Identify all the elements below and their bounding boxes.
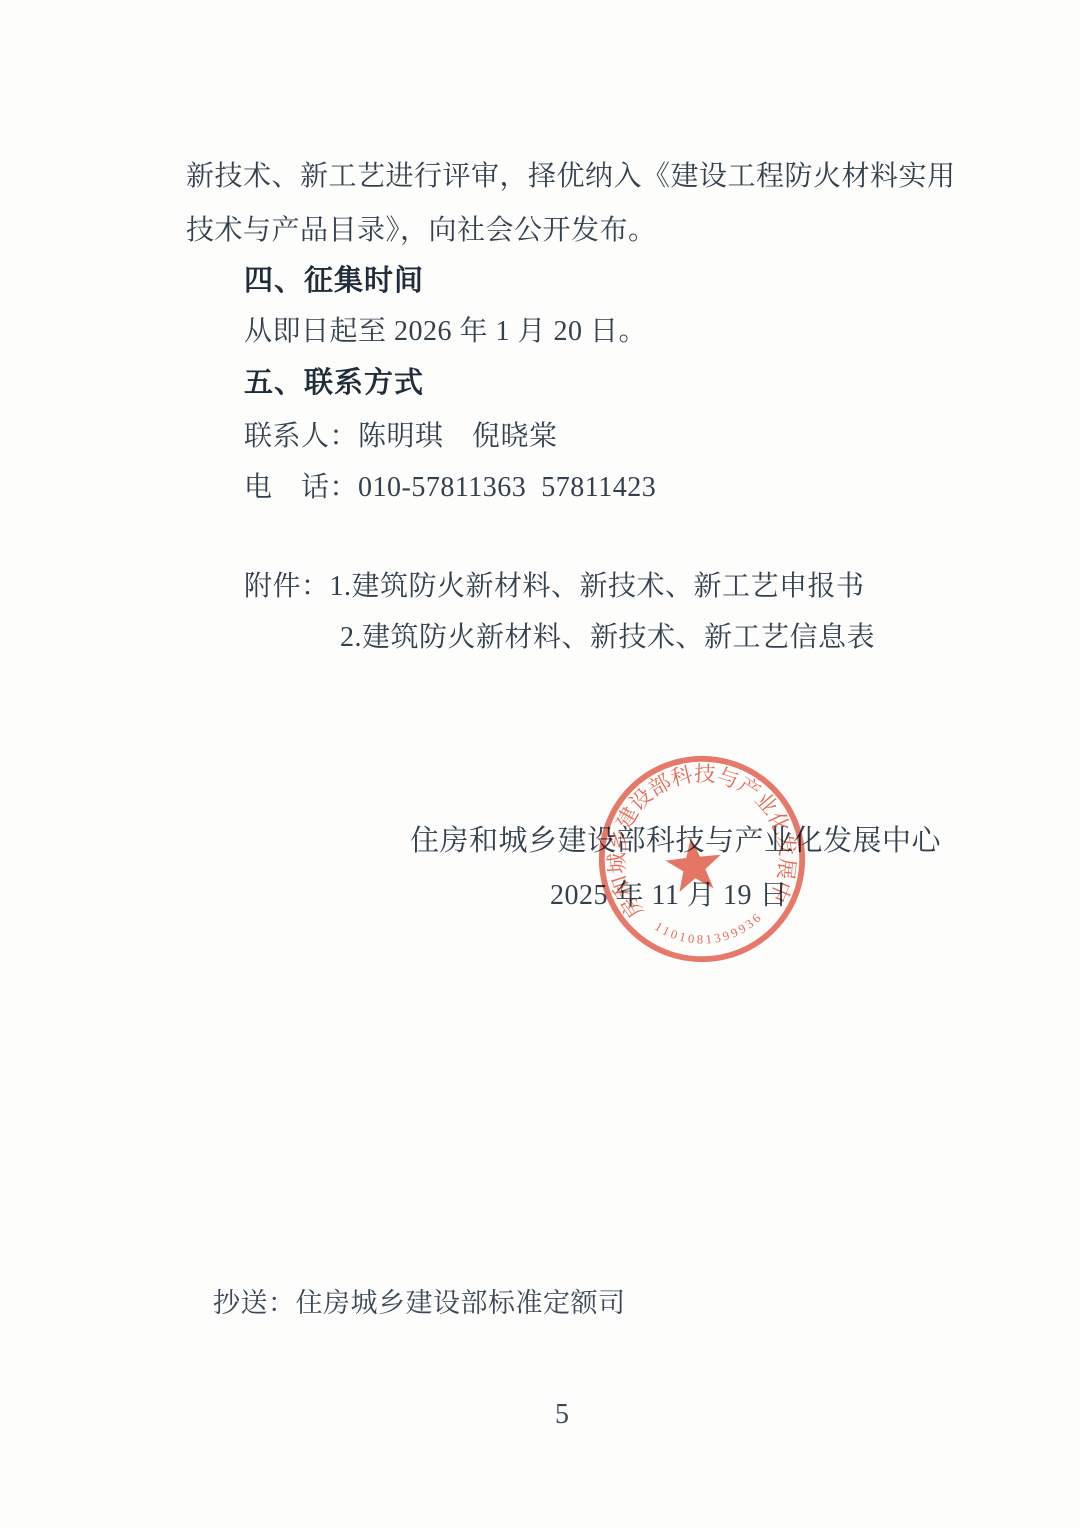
attachment-line-2: 2.建筑防火新材料、新技术、新工艺信息表 xyxy=(340,621,875,655)
document-page: 新技术、新工艺进行评审，择优纳入《建设工程防火材料实用 技术与产品目录》，向社会… xyxy=(0,0,1080,1528)
paragraph-line-1: 新技术、新工艺进行评审，择优纳入《建设工程防火材料实用 xyxy=(186,160,956,194)
section-5-heading: 五、联系方式 xyxy=(244,366,424,401)
official-seal-stamp: 住房和城乡建设部科技与产业化发展中心 1101081399936 xyxy=(584,741,819,976)
paragraph-line-2: 技术与产品目录》，向社会公开发布。 xyxy=(186,214,657,248)
section-4-body: 从即日起至 2026 年 1 月 20 日。 xyxy=(244,315,647,349)
cc-line: 抄送：住房城乡建设部标准定额司 xyxy=(213,1287,626,1319)
section-4-heading: 四、征集时间 xyxy=(244,264,424,299)
contact-phone-line: 电 话：010-57811363 57811423 xyxy=(244,471,656,505)
seal-star-icon xyxy=(663,835,724,893)
page-number: 5 xyxy=(555,1398,570,1432)
contact-person-line: 联系人：陈明琪 倪晓棠 xyxy=(244,420,558,454)
seal-arc-text: 住房和城乡建设部科技与产业化发展中心 xyxy=(584,741,804,926)
attachment-line-1: 附件：1.建筑防火新材料、新技术、新工艺申报书 xyxy=(244,570,865,604)
